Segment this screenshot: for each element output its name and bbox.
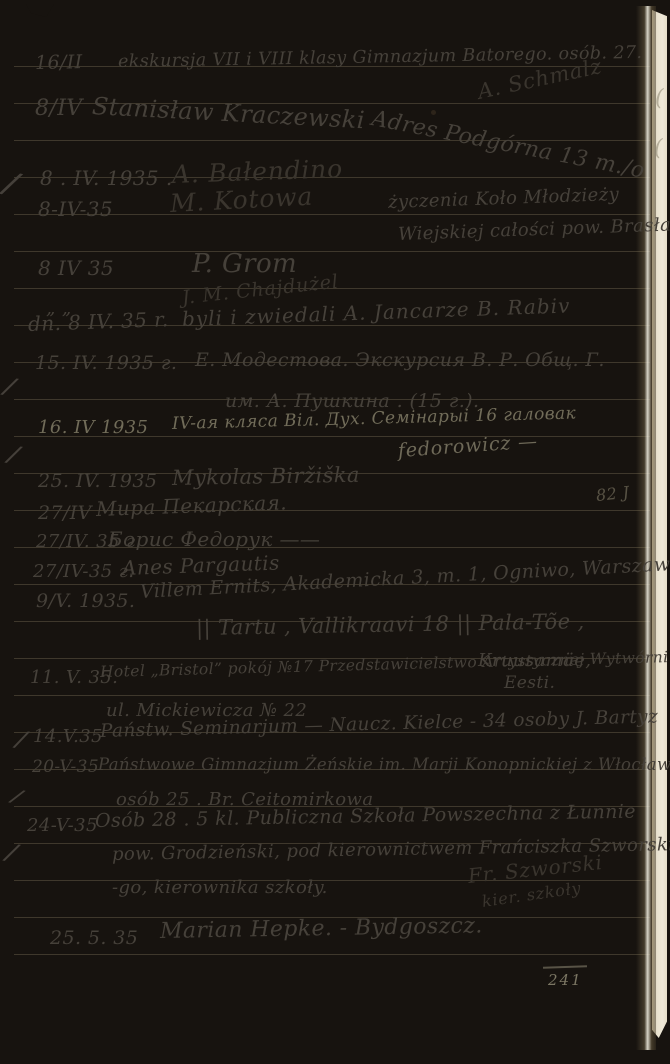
entry-date: 20-V-35: [32, 757, 99, 777]
entry-date: 25. IV. 1935: [38, 470, 157, 492]
scanned-photo: 16/II ekskursja VII i VIII klasy Gimnazj…: [0, 0, 670, 1064]
next-page-stroke: (: [654, 136, 663, 161]
entry-text: Państwowe Gimnazjum Żeńskie im. Marji Ko…: [98, 755, 670, 774]
next-page-stroke: (: [655, 86, 664, 111]
entry-date: 27/IV: [38, 502, 92, 524]
entry-date: 14.V.35: [33, 726, 103, 747]
entry-date: 27/IV-35 г.: [33, 561, 134, 582]
entry-text: Борис Федорук ——: [108, 527, 320, 551]
bleed-through-mark: 82 J: [595, 483, 630, 505]
entry-date: 8/IV: [35, 96, 83, 121]
entry-text: P. Grom: [192, 249, 297, 279]
entry-text: -go, kierownika szkoły.: [112, 877, 328, 898]
entry-line: 16/II: [35, 51, 83, 74]
entry-date: 8 . IV. 1935 .: [40, 166, 173, 190]
entry-date: 25. 5. 35: [50, 927, 138, 949]
entry-date: 24-V-35: [27, 815, 98, 836]
entry-date: dn. 8 IV. 35 r.: [28, 307, 169, 336]
entry-date: 8 IV 35: [38, 256, 114, 280]
entry-date: 16. IV 1935: [38, 417, 148, 438]
entry-text: Mykolas Biržiška: [172, 463, 360, 490]
entry-date: 9/V. 1935.: [36, 590, 135, 612]
entry-date: 8-IV-35: [38, 197, 113, 221]
ink-dot: [431, 110, 436, 115]
entry-text: Е. Модестова. Экскурсия В. Р. Общ. Г.: [195, 349, 605, 371]
entry-date: 15. IV. 1935 г.: [35, 352, 177, 374]
page-number: 241: [548, 971, 583, 989]
entry-text: Eesti.: [504, 673, 555, 693]
